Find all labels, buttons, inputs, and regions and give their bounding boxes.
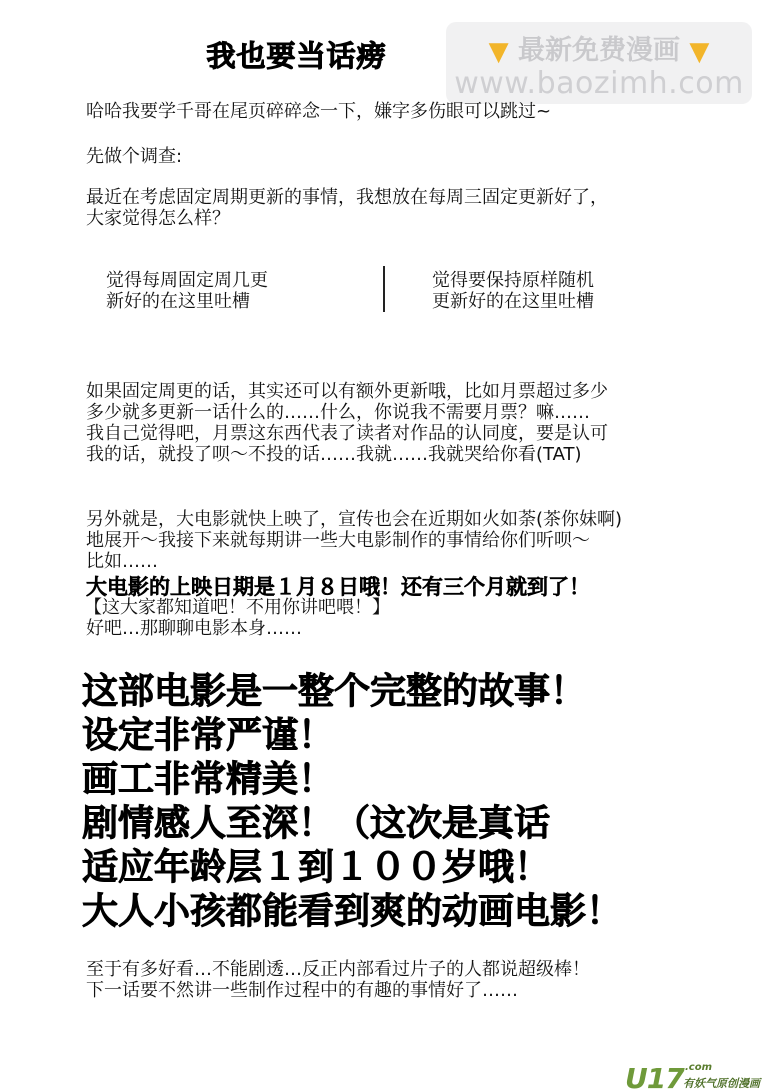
watermark-banner[interactable]: ▼ 最新免费漫画 ▼ www.baozimh.com xyxy=(446,22,752,104)
transition-text: 好吧…那聊聊电影本身…… xyxy=(86,618,302,639)
highlight-item: 画工非常精美！ xyxy=(82,758,622,802)
pointing-down-hand-icon: ▼ xyxy=(489,37,509,67)
survey-option-weekly: 觉得每周固定周几更 新好的在这里吐槽 xyxy=(106,270,268,312)
votes-paragraph: 如果固定周更的话，其实还可以有额外更新哦，比如月票超过多少 多少就多更新一话什么… xyxy=(86,381,608,465)
watermark-line1: ▼ 最新免费漫画 ▼ xyxy=(446,28,752,67)
logo-mark: U17 xyxy=(625,1062,684,1092)
survey-divider xyxy=(383,266,385,312)
watermark-url[interactable]: www.baozimh.com xyxy=(446,66,752,101)
survey-option-random: 觉得要保持原样随机 更新好的在这里吐槽 xyxy=(432,270,594,312)
highlight-item: 剧情感人至深！（这次是真话 xyxy=(82,802,622,846)
movie-paragraph: 另外就是，大电影就快上映了，宣传也会在近期如火如荼(茶你妹啊) 地展开～我接下来… xyxy=(86,509,622,572)
logo-tagline: 有妖气原创漫画 xyxy=(683,1075,760,1091)
u17-logo: U17 .com 有妖气原创漫画 xyxy=(625,1062,684,1092)
highlight-item: 设定非常严谨！ xyxy=(82,714,622,758)
pointing-down-hand-icon: ▼ xyxy=(689,37,709,67)
logo-suffix: .com xyxy=(685,1062,712,1073)
highlights-list: 这部电影是一整个完整的故事！ 设定非常严谨！ 画工非常精美！ 剧情感人至深！（这… xyxy=(82,670,622,934)
question-line-2: 大家觉得怎么样？ xyxy=(86,208,230,229)
closing-paragraph: 至于有多好看…不能剧透…反正内部看过片子的人都说超级棒！ 下一话要不然讲一些制作… xyxy=(86,959,590,1001)
survey-heading: 先做个调查: xyxy=(86,146,182,167)
highlight-item: 这部电影是一整个完整的故事！ xyxy=(82,670,622,714)
highlight-item: 适应年龄层１到１００岁哦！ xyxy=(82,846,622,890)
question-line-1: 最近在考虑固定周期更新的事情，我想放在每周三固定更新好了， xyxy=(86,187,608,208)
highlight-item: 大人小孩都能看到爽的动画电影！ xyxy=(82,890,622,934)
intro-text: 哈哈我要学千哥在尾页碎碎念一下，嫌字多伤眼可以跳过~ xyxy=(86,101,551,122)
aside-text: 【这大家都知道吧！不用你讲吧喂！】 xyxy=(84,597,390,618)
